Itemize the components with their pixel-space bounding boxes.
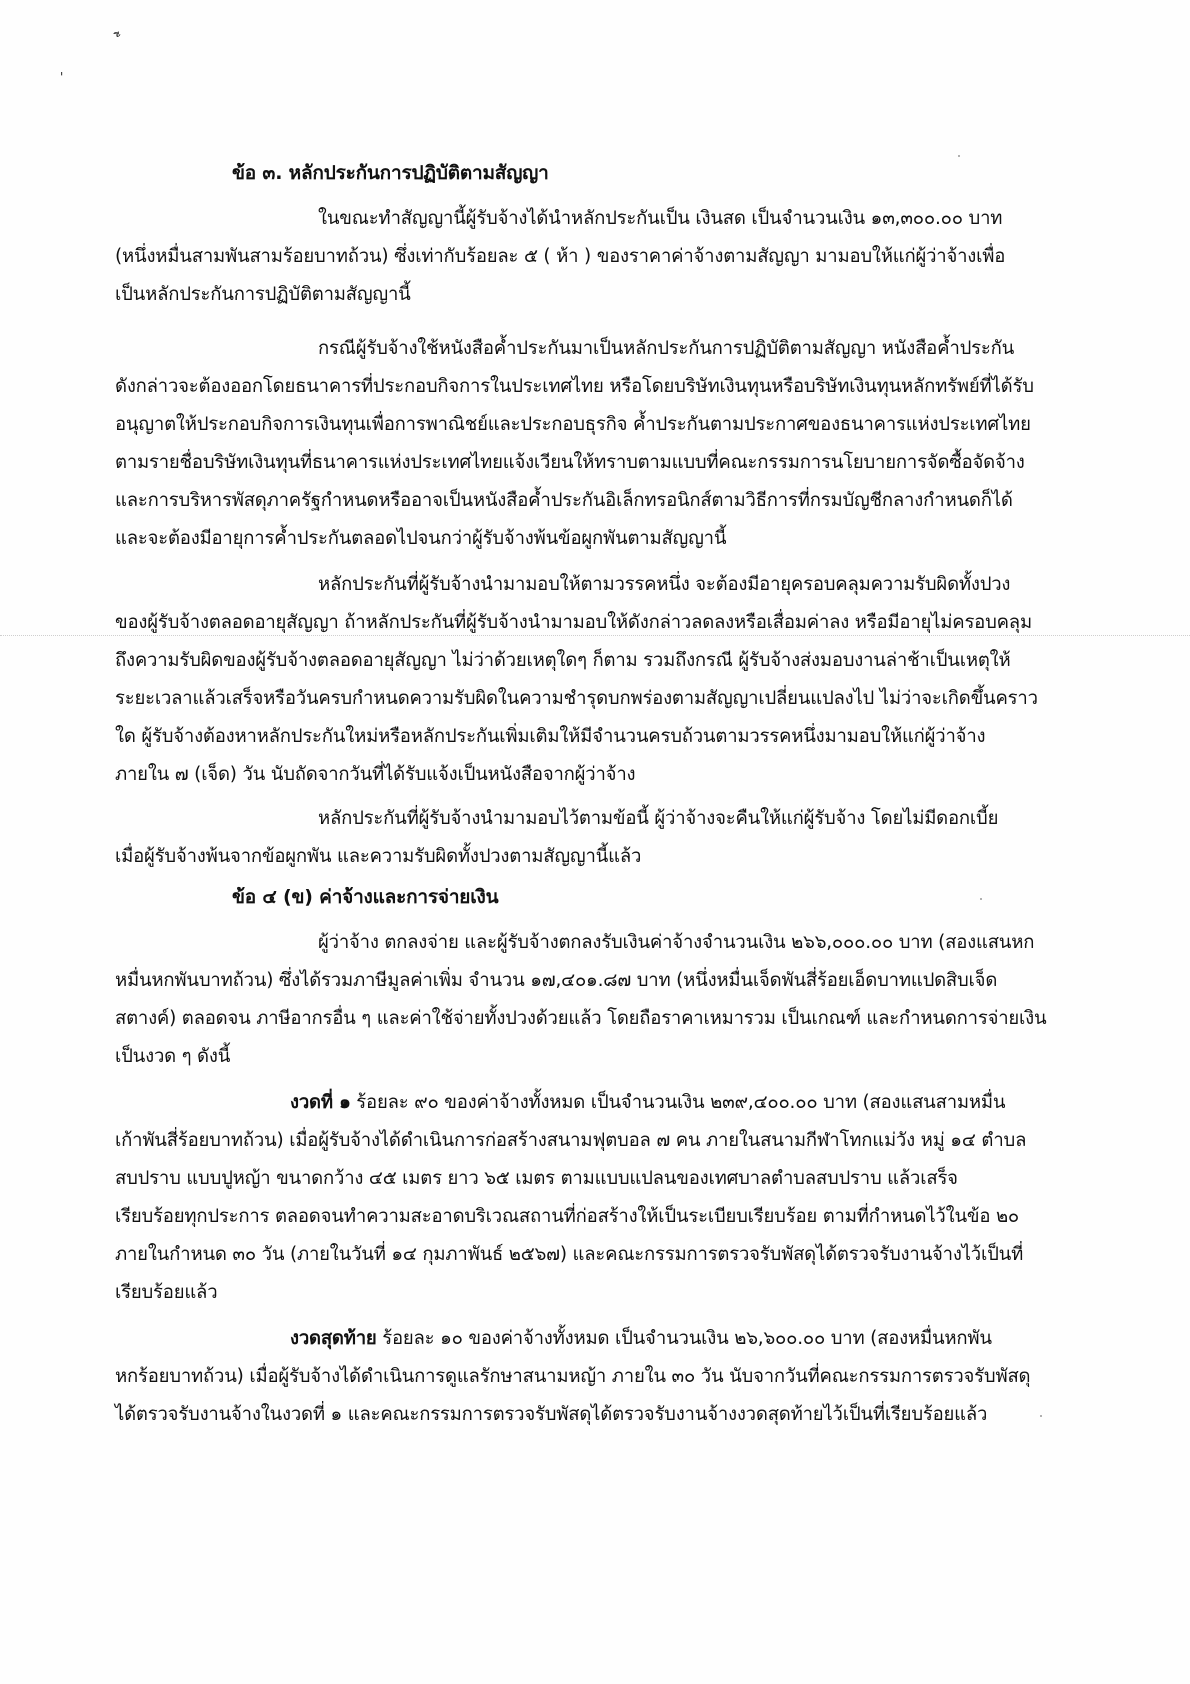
clause-3-line: ของผู้รับจ้างตลอดอายุสัญญา ถ้าหลักประกัน… xyxy=(115,610,1032,636)
clause-4-line: หมื่นหกพันบาทถ้วน) ซึ่งได้รวมภาษีมูลค่าเ… xyxy=(115,968,997,994)
installment-1-first-line: งวดที่ ๑ ร้อยละ ๙๐ ของค่าจ้างทั้งหมด เป็… xyxy=(290,1090,1005,1116)
clause-3-line: ใด ผู้รับจ้างต้องหาหลักประกันใหม่หรือหลั… xyxy=(115,724,985,750)
clause-3-line: อนุญาตให้ประกอบกิจการเงินทุนเพื่อการพาณิ… xyxy=(115,412,1031,438)
clause-3-line: ระยะเวลาแล้วเสร็จหรือวันครบกำหนดความรับผ… xyxy=(115,686,1038,712)
installment-1-line: ภายในกำหนด ๓๐ วัน (ภายในวันที่ ๑๔ กุมภาพ… xyxy=(115,1242,1023,1268)
installment-1-line: สบปราบ แบบปูหญ้า ขนาดกว้าง ๔๕ เมตร ยาว ๖… xyxy=(115,1166,958,1192)
clause-3-heading: ข้อ ๓. หลักประกันการปฏิบัติตามสัญญา xyxy=(232,160,549,186)
clause-3-line: ตามรายชื่อบริษัทเงินทุนที่ธนาคารแห่งประเ… xyxy=(115,450,1025,476)
clause-4-line: สตางค์) ตลอดจน ภาษีอากรอื่น ๆ และค่าใช้จ… xyxy=(115,1006,1046,1032)
clause-3-line: หลักประกันที่ผู้รับจ้างนำมามอบให้ตามวรรค… xyxy=(318,572,1010,598)
clause-3-line: เมื่อผู้รับจ้างพ้นจากข้อผูกพัน และความรั… xyxy=(115,844,641,870)
scan-mark-left: ' xyxy=(60,70,63,84)
installment-1-text: ร้อยละ ๙๐ ของค่าจ้างทั้งหมด เป็นจำนวนเงิ… xyxy=(351,1092,1006,1113)
clause-3-line: เป็นหลักประกันการปฏิบัติตามสัญญานี้ xyxy=(115,282,411,308)
installment-final-line: หกร้อยบาทถ้วน) เมื่อผู้รับจ้างได้ดำเนินก… xyxy=(115,1364,1030,1390)
clause-3-line: ดังกล่าวจะต้องออกโดยธนาคารที่ประกอบกิจกา… xyxy=(115,374,1034,400)
scan-speck xyxy=(958,155,960,157)
clause-4-line: เป็นงวด ๆ ดังนี้ xyxy=(115,1044,230,1070)
installment-1-line: เรียบร้อยทุกประการ ตลอดจนทำความสะอาดบริเ… xyxy=(115,1204,1019,1230)
clause-3-line: (หนึ่งหมื่นสามพันสามร้อยบาทถ้วน) ซึ่งเท่… xyxy=(115,244,1005,270)
scanned-document-page: ้ี ' ข้อ ๓. หลักประกันการปฏิบัติตามสัญญา… xyxy=(0,0,1190,1684)
clause-4-line: ผู้ว่าจ้าง ตกลงจ่าย และผู้รับจ้างตกลงรับ… xyxy=(318,930,1034,956)
scan-speck xyxy=(980,898,982,900)
scan-speck xyxy=(1040,1415,1042,1417)
clause-3-line: และจะต้องมีอายุการค้ำประกันตลอดไปจนกว่าผ… xyxy=(115,526,726,552)
installment-final-first-line: งวดสุดท้าย ร้อยละ ๑๐ ของค่าจ้างทั้งหมด เ… xyxy=(290,1326,992,1352)
clause-3-line: กรณีผู้รับจ้างใช้หนังสือค้ำประกันมาเป็นห… xyxy=(318,336,1014,362)
clause-4-heading: ข้อ ๔ (ข) ค่าจ้างและการจ่ายเงิน xyxy=(232,884,498,910)
clause-3-line: ในขณะทำสัญญานี้ผู้รับจ้างได้นำหลักประกัน… xyxy=(318,206,1002,232)
installment-final-text: ร้อยละ ๑๐ ของค่าจ้างทั้งหมด เป็นจำนวนเงิ… xyxy=(377,1328,992,1349)
installment-final-line: ได้ตรวจรับงานจ้างในงวดที่ ๑ และคณะกรรมกา… xyxy=(115,1402,987,1428)
installment-1-line: เรียบร้อยแล้ว xyxy=(115,1280,217,1306)
clause-3-line: ภายใน ๗ (เจ็ด) วัน นับถัดจากวันที่ได้รับ… xyxy=(115,762,635,788)
installment-1-label: งวดที่ ๑ xyxy=(290,1092,351,1113)
clause-3-line: หลักประกันที่ผู้รับจ้างนำมามอบไว้ตามข้อน… xyxy=(318,806,998,832)
installment-1-line: เก้าพันสี่ร้อยบาทถ้วน) เมื่อผู้รับจ้างได… xyxy=(115,1128,1026,1154)
clause-3-line: ถึงความรับผิดของผู้รับจ้างตลอดอายุสัญญา … xyxy=(115,648,1010,674)
clause-3-line: และการบริหารพัสดุภาครัฐกำหนดหรืออาจเป็นห… xyxy=(115,488,1013,514)
installment-final-label: งวดสุดท้าย xyxy=(290,1328,377,1349)
